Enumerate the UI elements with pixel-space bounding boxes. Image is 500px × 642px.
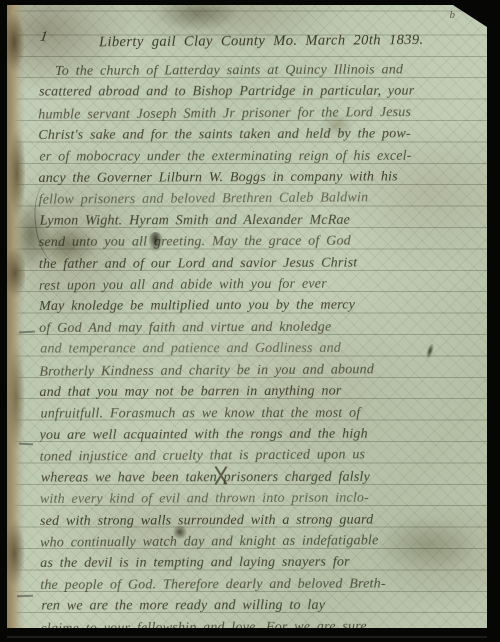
letter-line: as the devil is in tempting and laying s… bbox=[40, 551, 482, 574]
letter-line: rest upon you all and abide with you for… bbox=[39, 273, 481, 297]
letter-line: you are well acquainted with the rongs a… bbox=[40, 423, 482, 446]
letter-line: ren we are the more ready and willing to… bbox=[41, 595, 483, 617]
stained-left-edge bbox=[7, 5, 25, 628]
letter-line: and temperance and patience and Godlines… bbox=[40, 338, 482, 360]
dateline: Liberty gail Clay County Mo. March 20th … bbox=[99, 32, 469, 52]
letter-line: the father and of our Lord and savior Je… bbox=[39, 252, 481, 275]
letter-line: of God And may faith and virtue and knol… bbox=[39, 316, 481, 339]
letter-line: ancy the Governer Lilburn W. Boggs in co… bbox=[38, 166, 480, 189]
letter-line: and that you may not be barren in anythi… bbox=[39, 380, 481, 403]
letter-line: er of mobocracy under the exterminating … bbox=[39, 145, 481, 167]
turned-corner bbox=[453, 5, 487, 27]
ink-blot bbox=[148, 232, 163, 252]
letter-line: unfruitfull. Forasmuch as we know that t… bbox=[41, 402, 483, 424]
letter-line: To the church of Latterday saints at Qui… bbox=[38, 59, 480, 82]
letter-line: whereas we have been taken prisoners cha… bbox=[41, 466, 483, 488]
scan-artifact bbox=[7, 636, 487, 638]
letter-line: humble servant Joseph Smith Jr prisoner … bbox=[38, 101, 480, 125]
letter-line: toned injustice and cruelty that is prac… bbox=[40, 444, 482, 468]
letter-line: Lymon Wight. Hyram Smith and Alexander M… bbox=[40, 209, 482, 231]
letter-line: sed with strong walls surrounded with a … bbox=[40, 509, 482, 532]
letter-body: To the church of Latterday saints at Qui… bbox=[38, 59, 483, 639]
letter-line: send unto you all greeting. May the grac… bbox=[39, 230, 481, 253]
letter-line: May knoledge be multiplied unto you by t… bbox=[39, 295, 481, 318]
x-cancellation-mark bbox=[213, 465, 229, 485]
letter-page: 1 b Liberty gail Clay County Mo. March 2… bbox=[7, 5, 487, 628]
letter-line: fellow prisoners and beloved Brethren Ca… bbox=[39, 187, 481, 211]
letter-line: scattered abroad and to Bishop Partridge… bbox=[39, 81, 481, 103]
letter-line: Brotherly Kindness and charity be in you… bbox=[39, 358, 481, 382]
letter-line: with every kind of evil and thrown into … bbox=[40, 487, 482, 510]
letter-line: Christ's sake and for the saints taken a… bbox=[38, 123, 480, 146]
ink-blot bbox=[172, 525, 188, 539]
letter-line: who continually watch day and knight as … bbox=[40, 529, 482, 553]
letter-line: the people of God. Therefore dearly and … bbox=[40, 573, 482, 596]
scanned-letter-image: 1 b Liberty gail Clay County Mo. March 2… bbox=[0, 0, 500, 642]
